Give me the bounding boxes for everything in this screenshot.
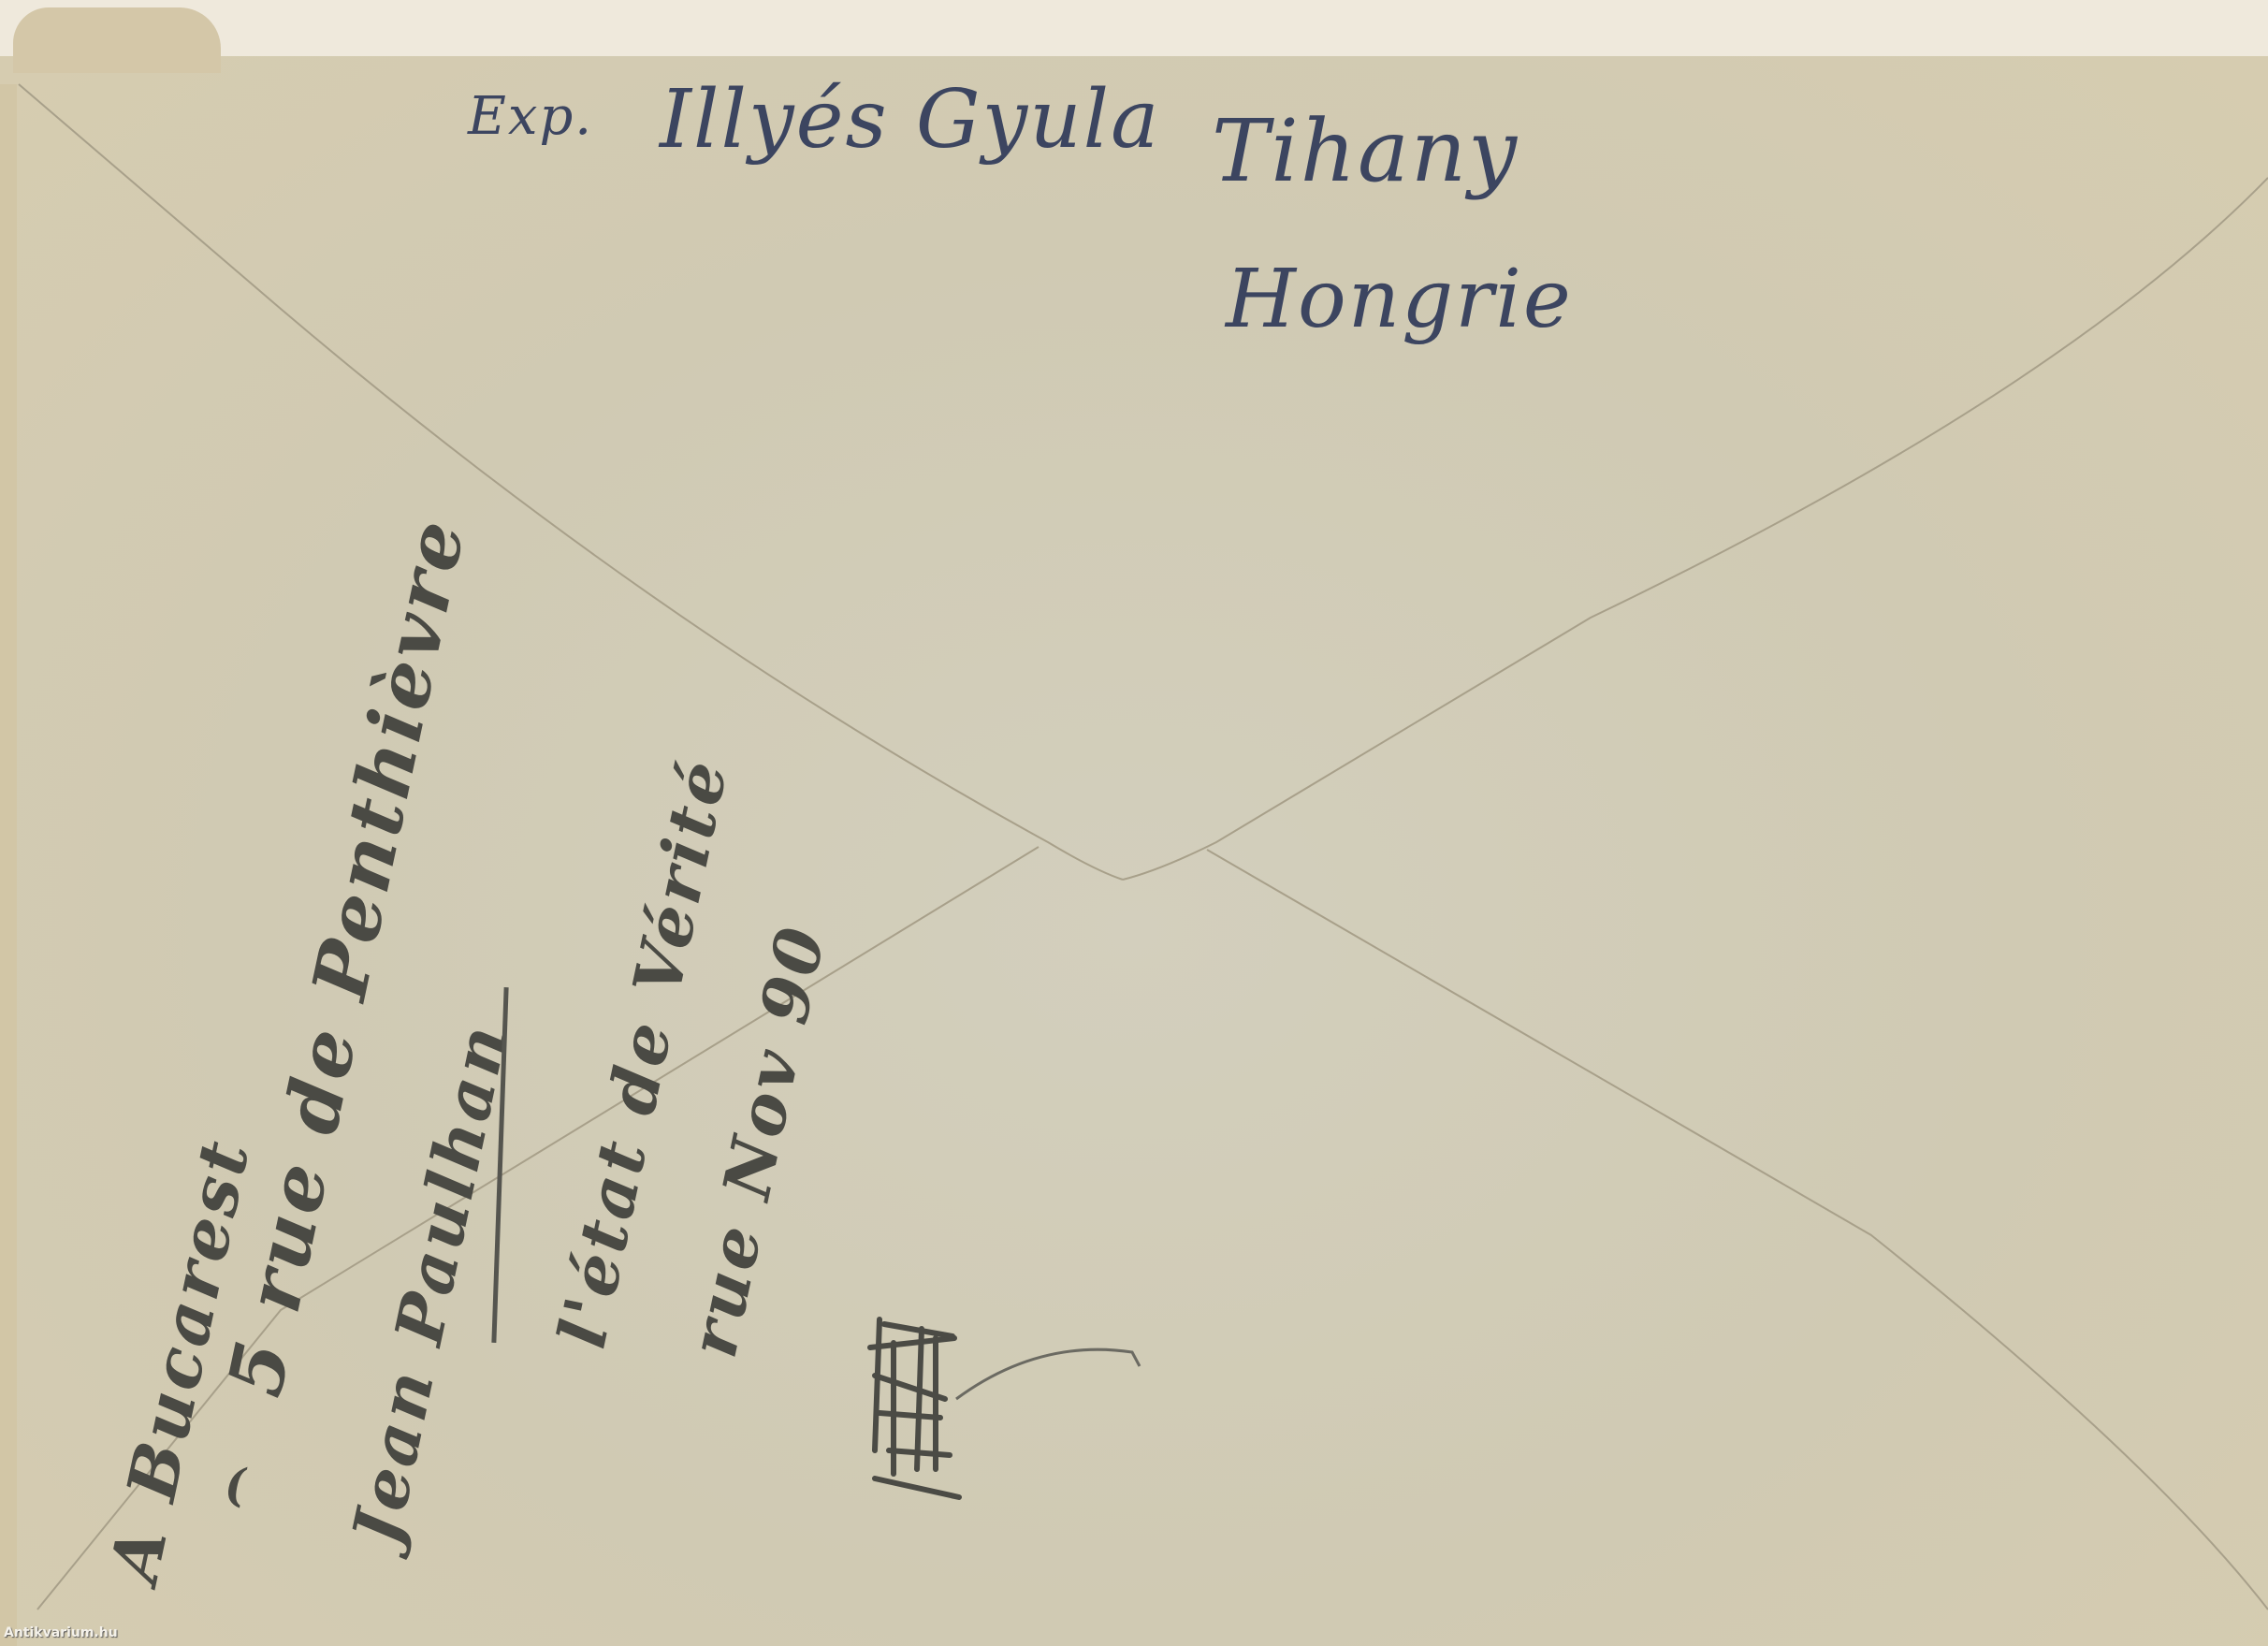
sender-place: Tihany (1212, 101, 1519, 201)
grid-sketch (842, 1291, 1160, 1535)
sender-country: Hongrie (1226, 253, 1573, 346)
sender-name: Illyés Gyula (660, 73, 1160, 167)
watermark: Antikvarium.hu (4, 1625, 118, 1640)
torn-flap-corner (13, 7, 221, 73)
left-edge-strip (0, 84, 17, 1646)
pencil-note-col1-mark: ( (225, 1460, 250, 1512)
sender-prefix: Exp. (468, 86, 593, 147)
